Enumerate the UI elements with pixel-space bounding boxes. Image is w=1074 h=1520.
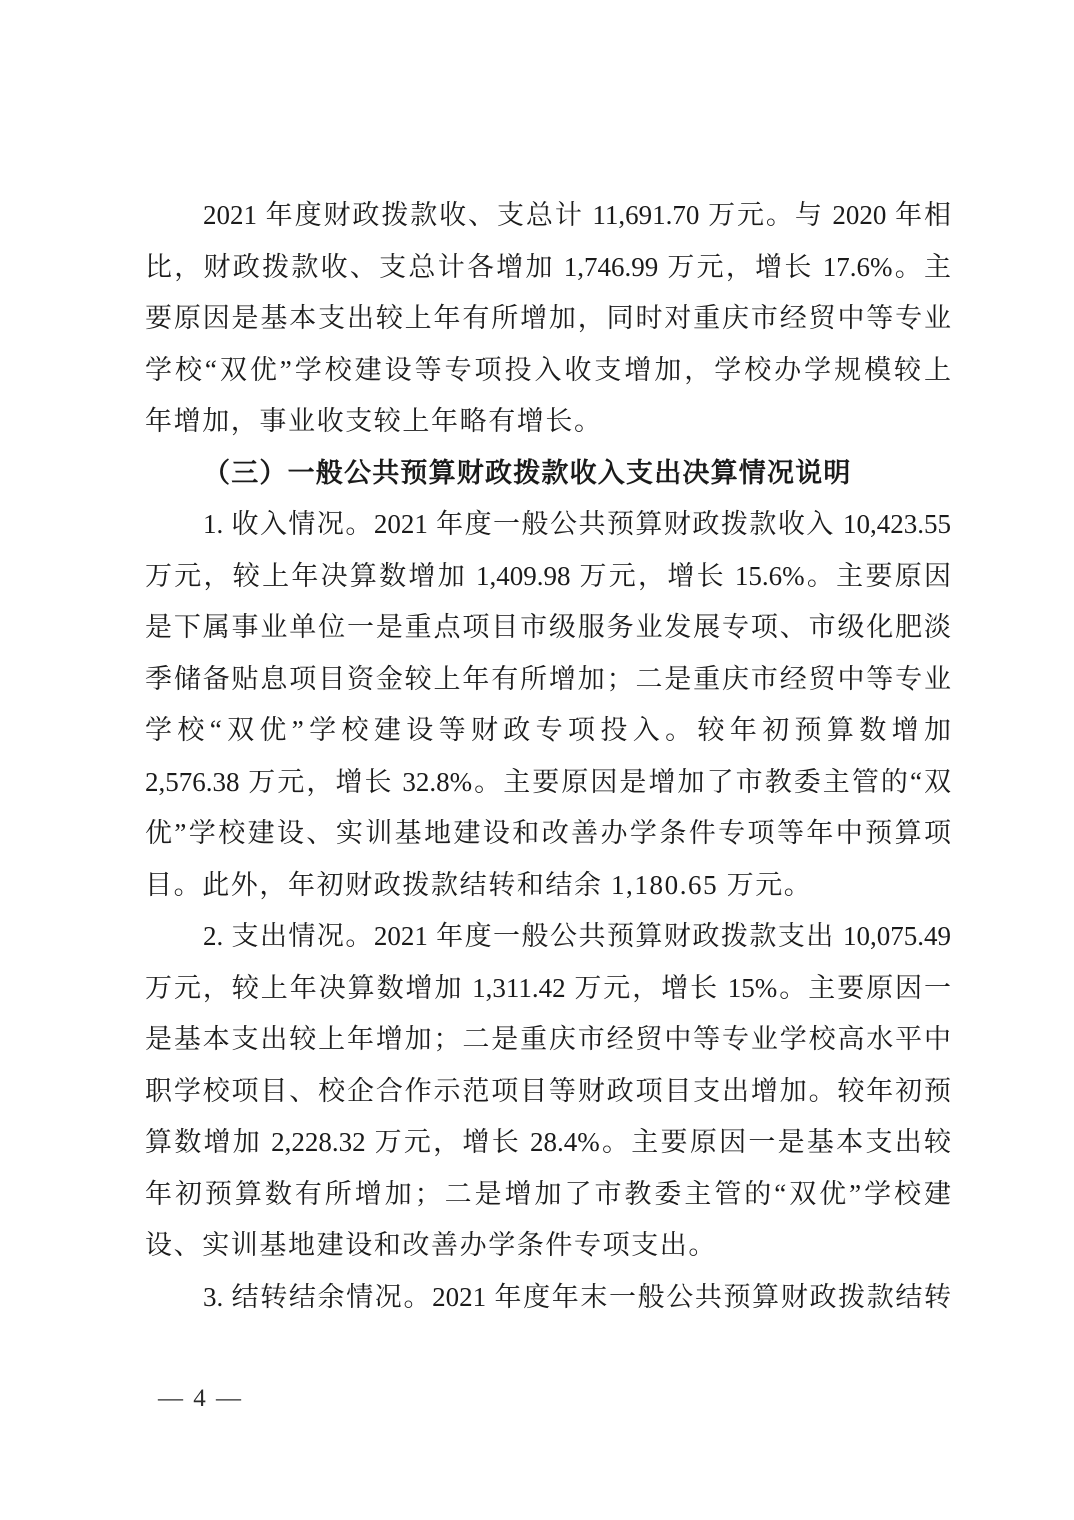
text-line: 优”学校建设、实训基地建设和改善办学条件专项等年中预算项: [145, 808, 951, 860]
text-line: 季储备贴息项目资金较上年有所增加；二是重庆市经贸中等专业: [145, 654, 951, 706]
text-line: 目。此外，年初财政拨款结转和结余 1,180.65 万元。: [145, 860, 951, 912]
page-number: — 4 —: [158, 1384, 243, 1414]
text-line: 年初预算数有所增加；二是增加了市教委主管的“双优”学校建: [145, 1169, 951, 1221]
section-heading: （三）一般公共预算财政拨款收入支出决算情况说明: [145, 448, 951, 500]
text-line: 是基本支出较上年增加；二是重庆市经贸中等专业学校高水平中: [145, 1014, 951, 1066]
text-line: 3. 结转结余情况。2021 年度年末一般公共预算财政拨款结转: [145, 1272, 951, 1324]
document-page: 2021 年度财政拨款收、支总计 11,691.70 万元。与 2020 年相 …: [0, 0, 1074, 1520]
text-line: 要原因是基本支出较上年有所增加，同时对重庆市经贸中等专业: [145, 293, 951, 345]
text-line: 2. 支出情况。2021 年度一般公共预算财政拨款支出 10,075.49: [145, 911, 951, 963]
text-line: 2021 年度财政拨款收、支总计 11,691.70 万元。与 2020 年相: [145, 190, 951, 242]
page-body: 2021 年度财政拨款收、支总计 11,691.70 万元。与 2020 年相 …: [145, 190, 951, 1323]
text-line: 2,576.38 万元，增长 32.8%。主要原因是增加了市教委主管的“双: [145, 757, 951, 809]
text-line: 算数增加 2,228.32 万元，增长 28.4%。主要原因一是基本支出较: [145, 1117, 951, 1169]
text-line: 是下属事业单位一是重点项目市级服务业发展专项、市级化肥淡: [145, 602, 951, 654]
text-line: 学校“双优”学校建设等专项投入收支增加，学校办学规模较上: [145, 345, 951, 397]
text-line: 万元，较上年决算数增加 1,311.42 万元，增长 15%。主要原因一: [145, 963, 951, 1015]
text-line: 设、实训基地建设和改善办学条件专项支出。: [145, 1220, 951, 1272]
text-line: 比，财政拨款收、支总计各增加 1,746.99 万元，增长 17.6%。主: [145, 242, 951, 294]
text-line: 年增加，事业收支较上年略有增长。: [145, 396, 951, 448]
text-line: 1. 收入情况。2021 年度一般公共预算财政拨款收入 10,423.55: [145, 499, 951, 551]
text-line: 学校“双优”学校建设等财政专项投入。较年初预算数增加: [145, 705, 951, 757]
text-line: 职学校项目、校企合作示范项目等财政项目支出增加。较年初预: [145, 1066, 951, 1118]
text-line: 万元，较上年决算数增加 1,409.98 万元，增长 15.6%。主要原因: [145, 551, 951, 603]
